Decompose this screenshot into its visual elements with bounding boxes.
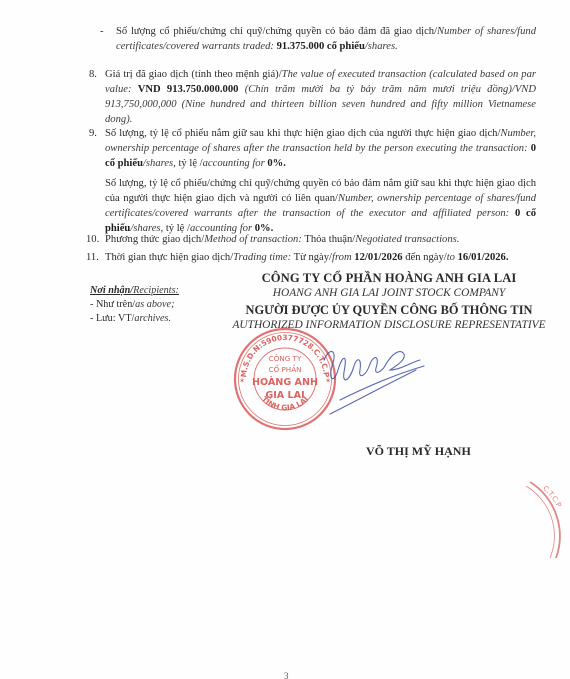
item-9-vi: Số lượng, tỷ lệ cổ phiếu nắm giữ sau khi… bbox=[105, 128, 500, 139]
item-11-en: Trading time: bbox=[233, 252, 291, 263]
item-11-to-en: to bbox=[447, 252, 455, 263]
item-9-shares-en: /shares bbox=[143, 158, 173, 169]
item-8-vi: Giá trị đã giao dịch (tính theo mệnh giá… bbox=[105, 69, 282, 80]
item-10-number: 10. bbox=[86, 232, 99, 247]
recipient-item: - Như trên/as above; bbox=[90, 298, 174, 312]
shares-traded-vi: Số lượng cổ phiếu/chứng chỉ quỹ/chứng qu… bbox=[116, 26, 437, 37]
item-11-from-date: 12/01/2026 bbox=[354, 252, 402, 263]
company-name-en: HOANG ANH GIA LAI JOINT STOCK COMPANY bbox=[214, 287, 564, 299]
svg-text:HOÀNG ANH: HOÀNG ANH bbox=[252, 375, 318, 388]
item-11-vi: Thời gian thực hiện giao dịch/ bbox=[105, 252, 233, 263]
signer-name: VÕ THỊ MỸ HẠNH bbox=[366, 444, 471, 459]
item-8-paragraph: Giá trị đã giao dịch (tính theo mệnh giá… bbox=[105, 67, 536, 127]
item-9-ratio-vi: , tỷ lệ / bbox=[173, 158, 202, 169]
edge-seal-icon: C.T.C.P bbox=[516, 480, 570, 560]
recipient-item: - Lưu: VT/archives. bbox=[90, 312, 171, 326]
item-9-sub-paragraph: Số lượng, tỷ lệ cổ phiếu/chứng chỉ quỹ/c… bbox=[105, 176, 536, 236]
recipient-vi: - Như trên/ bbox=[90, 299, 135, 310]
recipient-en: as above; bbox=[135, 299, 174, 310]
item-11-number: 11. bbox=[86, 250, 99, 265]
svg-text:GIA LAI: GIA LAI bbox=[265, 390, 304, 401]
recipient-vi: - Lưu: VT/ bbox=[90, 313, 134, 324]
item-10-paragraph: Phương thức giao dịch/Method of transact… bbox=[105, 232, 536, 247]
recipients-title-en: Recipients: bbox=[133, 285, 179, 296]
document-page: - Số lượng cổ phiếu/chứng chỉ quỹ/chứng … bbox=[0, 0, 570, 679]
item-8-value: VND 913.750.000.000 bbox=[138, 84, 239, 95]
page-number: 3 bbox=[284, 671, 289, 679]
item-11-paragraph: Thời gian thực hiện giao dịch/Trading ti… bbox=[105, 250, 536, 265]
company-name-vi: CÔNG TY CỔ PHẦN HOÀNG ANH GIA LAI bbox=[214, 271, 564, 286]
recipients-title-vi: Nơi nhận/ bbox=[90, 285, 133, 296]
item-9-ratio: 0%. bbox=[267, 158, 286, 169]
signature-icon bbox=[320, 340, 430, 430]
item-9-number: 9. bbox=[89, 126, 97, 141]
svg-text:CÔNG TY: CÔNG TY bbox=[269, 354, 302, 363]
recipient-en: archives. bbox=[134, 313, 171, 324]
role-vi: NGƯỜI ĐƯỢC ỦY QUYỀN CÔNG BỐ THÔNG TIN bbox=[214, 303, 564, 318]
item-11-from-vi: Từ ngày/ bbox=[294, 252, 332, 263]
item-10-value-en: Negotiated transactions. bbox=[355, 234, 459, 245]
recipients-title: Nơi nhận/Recipients: bbox=[90, 284, 179, 298]
item-10-value-vi: Thỏa thuận/ bbox=[304, 234, 355, 245]
item-11-from-en: from bbox=[332, 252, 352, 263]
shares-traded-unit: /shares. bbox=[365, 41, 398, 52]
svg-text:✶: ✶ bbox=[239, 377, 245, 385]
bullet-marker: - bbox=[100, 24, 104, 39]
shares-traded-paragraph: Số lượng cổ phiếu/chứng chỉ quỹ/chứng qu… bbox=[116, 24, 536, 54]
item-11-to-vi: đến ngày/ bbox=[405, 252, 446, 263]
item-10-en: Method of transaction: bbox=[204, 234, 302, 245]
item-10-vi: Phương thức giao dịch/ bbox=[105, 234, 204, 245]
item-9-paragraph: Số lượng, tỷ lệ cổ phiếu nắm giữ sau khi… bbox=[105, 126, 536, 171]
shares-traded-value: 91.375.000 cổ phiếu bbox=[277, 41, 365, 52]
svg-text:CỔ PHẦN: CỔ PHẦN bbox=[269, 364, 302, 374]
item-11-to-date: 16/01/2026. bbox=[458, 252, 509, 263]
item-9-ratio-en: accounting for bbox=[203, 158, 265, 169]
item-8-number: 8. bbox=[89, 67, 97, 82]
